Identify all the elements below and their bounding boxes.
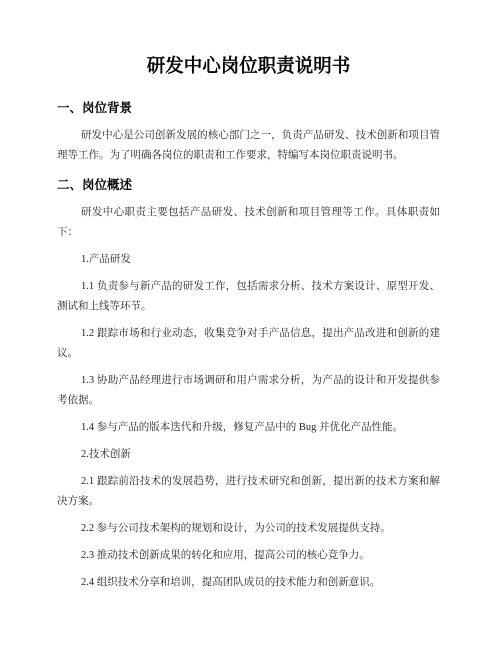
paragraph-item-2-3: 2.3 推动技术创新成果的转化和应用，提高公司的核心竞争力。: [57, 546, 440, 566]
paragraph-item-2-4: 2.4 组织技术分享和培训，提高团队成员的技术能力和创新意识。: [57, 573, 440, 593]
paragraph-item-1-3: 1.3 协助产品经理进行市场调研和用户需求分析，为产品的设计和开发提供参考依据。: [57, 371, 440, 411]
paragraph-item-1-2: 1.2 跟踪市场和行业动态，收集竞争对手产品信息，提出产品改进和创新的建议。: [57, 324, 440, 364]
document-page: 研发中心岗位职责说明书 一、岗位背景 研发中心是公司创新发展的核心部门之一，负责…: [0, 0, 502, 649]
paragraph-item-1-product-rd: 1.产品研发: [57, 250, 440, 270]
section-heading-job-overview: 二、岗位概述: [57, 177, 440, 194]
paragraph-item-2-1: 2.1 跟踪前沿技术的发展趋势，进行技术研究和创新，提出新的技术方案和解决方案。: [57, 472, 440, 512]
paragraph-item-1-4: 1.4 参与产品的版本迭代和升级，修复产品中的 Bug 并优化产品性能。: [57, 418, 440, 438]
paragraph-overview-intro: 研发中心职责主要包括产品研发、技术创新和项目管理等工作。具体职责如下：: [57, 203, 440, 243]
section-heading-job-background: 一、岗位背景: [57, 100, 440, 117]
paragraph-item-2-tech-innovation: 2.技术创新: [57, 445, 440, 465]
document-title: 研发中心岗位职责说明书: [57, 53, 440, 79]
paragraph-item-1-1: 1.1 负责参与新产品的研发工作，包括需求分析、技术方案设计、原型开发、测试和上…: [57, 277, 440, 317]
paragraph-item-2-2: 2.2 参与公司技术架构的规划和设计，为公司的技术发展提供支持。: [57, 519, 440, 539]
paragraph-background-intro: 研发中心是公司创新发展的核心部门之一，负责产品研发、技术创新和项目管理等工作。为…: [57, 126, 440, 166]
